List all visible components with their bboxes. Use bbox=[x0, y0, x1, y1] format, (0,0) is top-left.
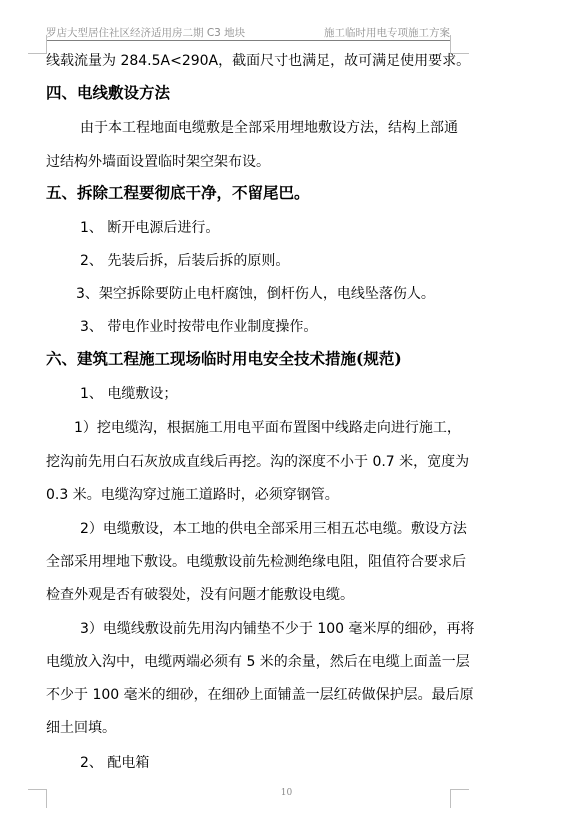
page-header: 罗店大型居住社区经济适用房二期 C3 地块 施工临时用电专项施工方案 bbox=[46, 10, 450, 41]
paragraph-line: 3）电缆线敷设前先用沟内铺垫不少于 100 毫米厚的细砂，再将 bbox=[80, 619, 475, 639]
list-item: 1、 断开电源后进行。 bbox=[80, 218, 219, 238]
list-item: 3、架空拆除要防止电杆腐蚀，倒杆伤人，电线坠落伤人。 bbox=[76, 284, 435, 304]
list-item: 2、 先装后拆，后装后拆的原则。 bbox=[80, 251, 289, 271]
list-item: 3、 带电作业时按带电作业制度操作。 bbox=[80, 317, 317, 337]
paragraph-line: 细土回填。 bbox=[46, 718, 116, 738]
section-heading-4: 四、电线敷设方法 bbox=[46, 83, 170, 103]
paragraph-line: 检查外观是否有破裂处，没有问题才能敷设电缆。 bbox=[46, 585, 354, 605]
paragraph-line: 0.3 米。电缆沟穿过施工道路时，必须穿钢管。 bbox=[46, 485, 339, 505]
list-item: 1、 电缆敷设； bbox=[80, 384, 177, 404]
paragraph-line: 线载流量为 284.5A<290A，截面尺寸也满足，故可满足使用要求。 bbox=[46, 51, 470, 71]
header-project-title: 罗店大型居住社区经济适用房二期 C3 地块 bbox=[46, 25, 245, 40]
paragraph-line: 不少于 100 毫米的细砂，在细砂上面铺盖一层红砖做保护层。最后原 bbox=[46, 685, 474, 705]
paragraph-line: 挖沟前先用白石灰放成直线后再挖。沟的深度不小于 0.7 米，宽度为 bbox=[46, 452, 469, 472]
page-number: 10 bbox=[0, 788, 573, 798]
paragraph-line: 过结构外墙面设置临时架空架布设。 bbox=[46, 152, 270, 172]
paragraph-line: 电缆放入沟中，电缆两端必须有 5 米的余量，然后在电缆上面盖一层 bbox=[46, 652, 470, 672]
crop-mark-top-left bbox=[28, 35, 47, 54]
paragraph-line: 全部采用埋地下敷设。电缆敷设前先检测绝缘电阻，阻值符合要求后 bbox=[46, 552, 466, 572]
paragraph-line: 1）挖电缆沟，根据施工用电平面布置图中线路走向进行施工， bbox=[74, 418, 461, 438]
header-document-title: 施工临时用电专项施工方案 bbox=[324, 25, 450, 40]
section-heading-6: 六、建筑工程施工现场临时用电安全技术措施(规范) bbox=[46, 349, 402, 369]
document-page: 罗店大型居住社区经济适用房二期 C3 地块 施工临时用电专项施工方案 线载流量为… bbox=[0, 0, 573, 837]
paragraph-line: 由于本工程地面电缆敷是全部采用埋地敷设方法，结构上部通 bbox=[80, 118, 458, 138]
list-item: 2、 配电箱 bbox=[80, 753, 149, 773]
paragraph-line: 2）电缆敷设，本工地的供电全部采用三相五芯电缆。敷设方法 bbox=[80, 519, 467, 539]
section-heading-5: 五、拆除工程要彻底干净，不留尾巴。 bbox=[46, 183, 310, 203]
